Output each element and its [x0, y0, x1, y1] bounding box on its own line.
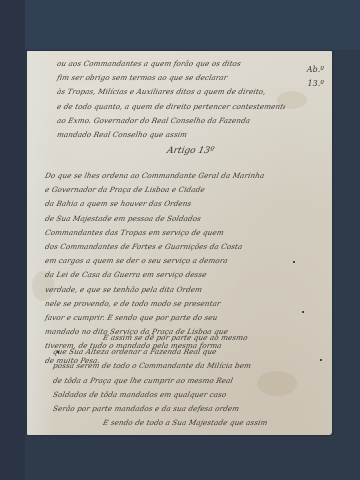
text-line: ou aos Commandantes a quem forão que os … — [55, 57, 286, 71]
manuscript-page: Ab.º 13.º ou aos Commandantes a quem for… — [27, 51, 332, 435]
text-line: nele se provendo, e de todo modo se pres… — [43, 297, 308, 311]
text-line: verdade, e que se tenhão pela dita Ordem — [43, 283, 308, 297]
margin-note-line: 13.º — [292, 77, 324, 91]
ink-spot — [293, 261, 295, 263]
section-heading: Artigo 13º — [55, 142, 287, 160]
text-line: da Lei de Casa da Guerra em serviço dess… — [43, 268, 308, 282]
ink-spot — [320, 359, 322, 361]
text-line: de Sua Majestade em pessoa de Soldados — [43, 212, 308, 226]
text-line: Serão por parte mandados e da sua defesa… — [51, 402, 304, 416]
margin-annotation: Ab.º 13.º — [292, 63, 324, 91]
text-line: que Sua Alteza ordenar a Fazenda Real qu… — [51, 345, 304, 359]
text-line: da Bahia a quem se houver das Ordens — [43, 197, 308, 211]
text-line: possa serem de todo o Commandante da Mil… — [51, 359, 304, 373]
text-line: ao Exmo. Governador do Real Conselho da … — [55, 114, 286, 128]
text-line: Do que se lhes ordena ao Commandante Ger… — [43, 169, 308, 183]
ink-spot — [57, 351, 59, 353]
paragraph-final: E assim se dê por parte que ao mesmo que… — [53, 331, 303, 430]
text-line: de tôda a Praça que lhe cumprir ao mesmo… — [51, 374, 304, 388]
scanner-background-left — [0, 0, 25, 480]
text-line: Soldados de tôda mandados em qualquer ca… — [51, 388, 304, 402]
text-line: E assim se dê por parte que ao mesmo — [51, 331, 304, 345]
text-line: em cargos a quem se der o seu serviço a … — [43, 254, 308, 268]
text-line: favor e cumprir. E sendo que por parte d… — [43, 311, 308, 325]
text-line: mandado Real Conselho que assim — [55, 128, 286, 142]
text-line: fim ser obrigo sem termos ao que se decl… — [55, 71, 286, 85]
text-line: Commandantes das Tropas em serviço de qu… — [43, 226, 308, 240]
text-line: às Tropas, Milícias e Auxiliares ditos a… — [55, 85, 286, 99]
text-line: E sendo de todo a Sua Majestade que assi… — [51, 416, 304, 430]
text-line: dos Commandantes de Fortes e Guarnições … — [43, 240, 308, 254]
scanner-background-top — [25, 0, 360, 50]
paragraph-continuation: ou aos Commandantes a quem forão que os … — [57, 57, 285, 160]
ink-spot — [302, 311, 304, 313]
text-line: e de todo quanto, a quem de direito pert… — [55, 100, 286, 114]
margin-note-line: Ab.º — [292, 63, 324, 77]
text-line: e Governador da Praça de Lisboa e Cidade — [43, 183, 308, 197]
